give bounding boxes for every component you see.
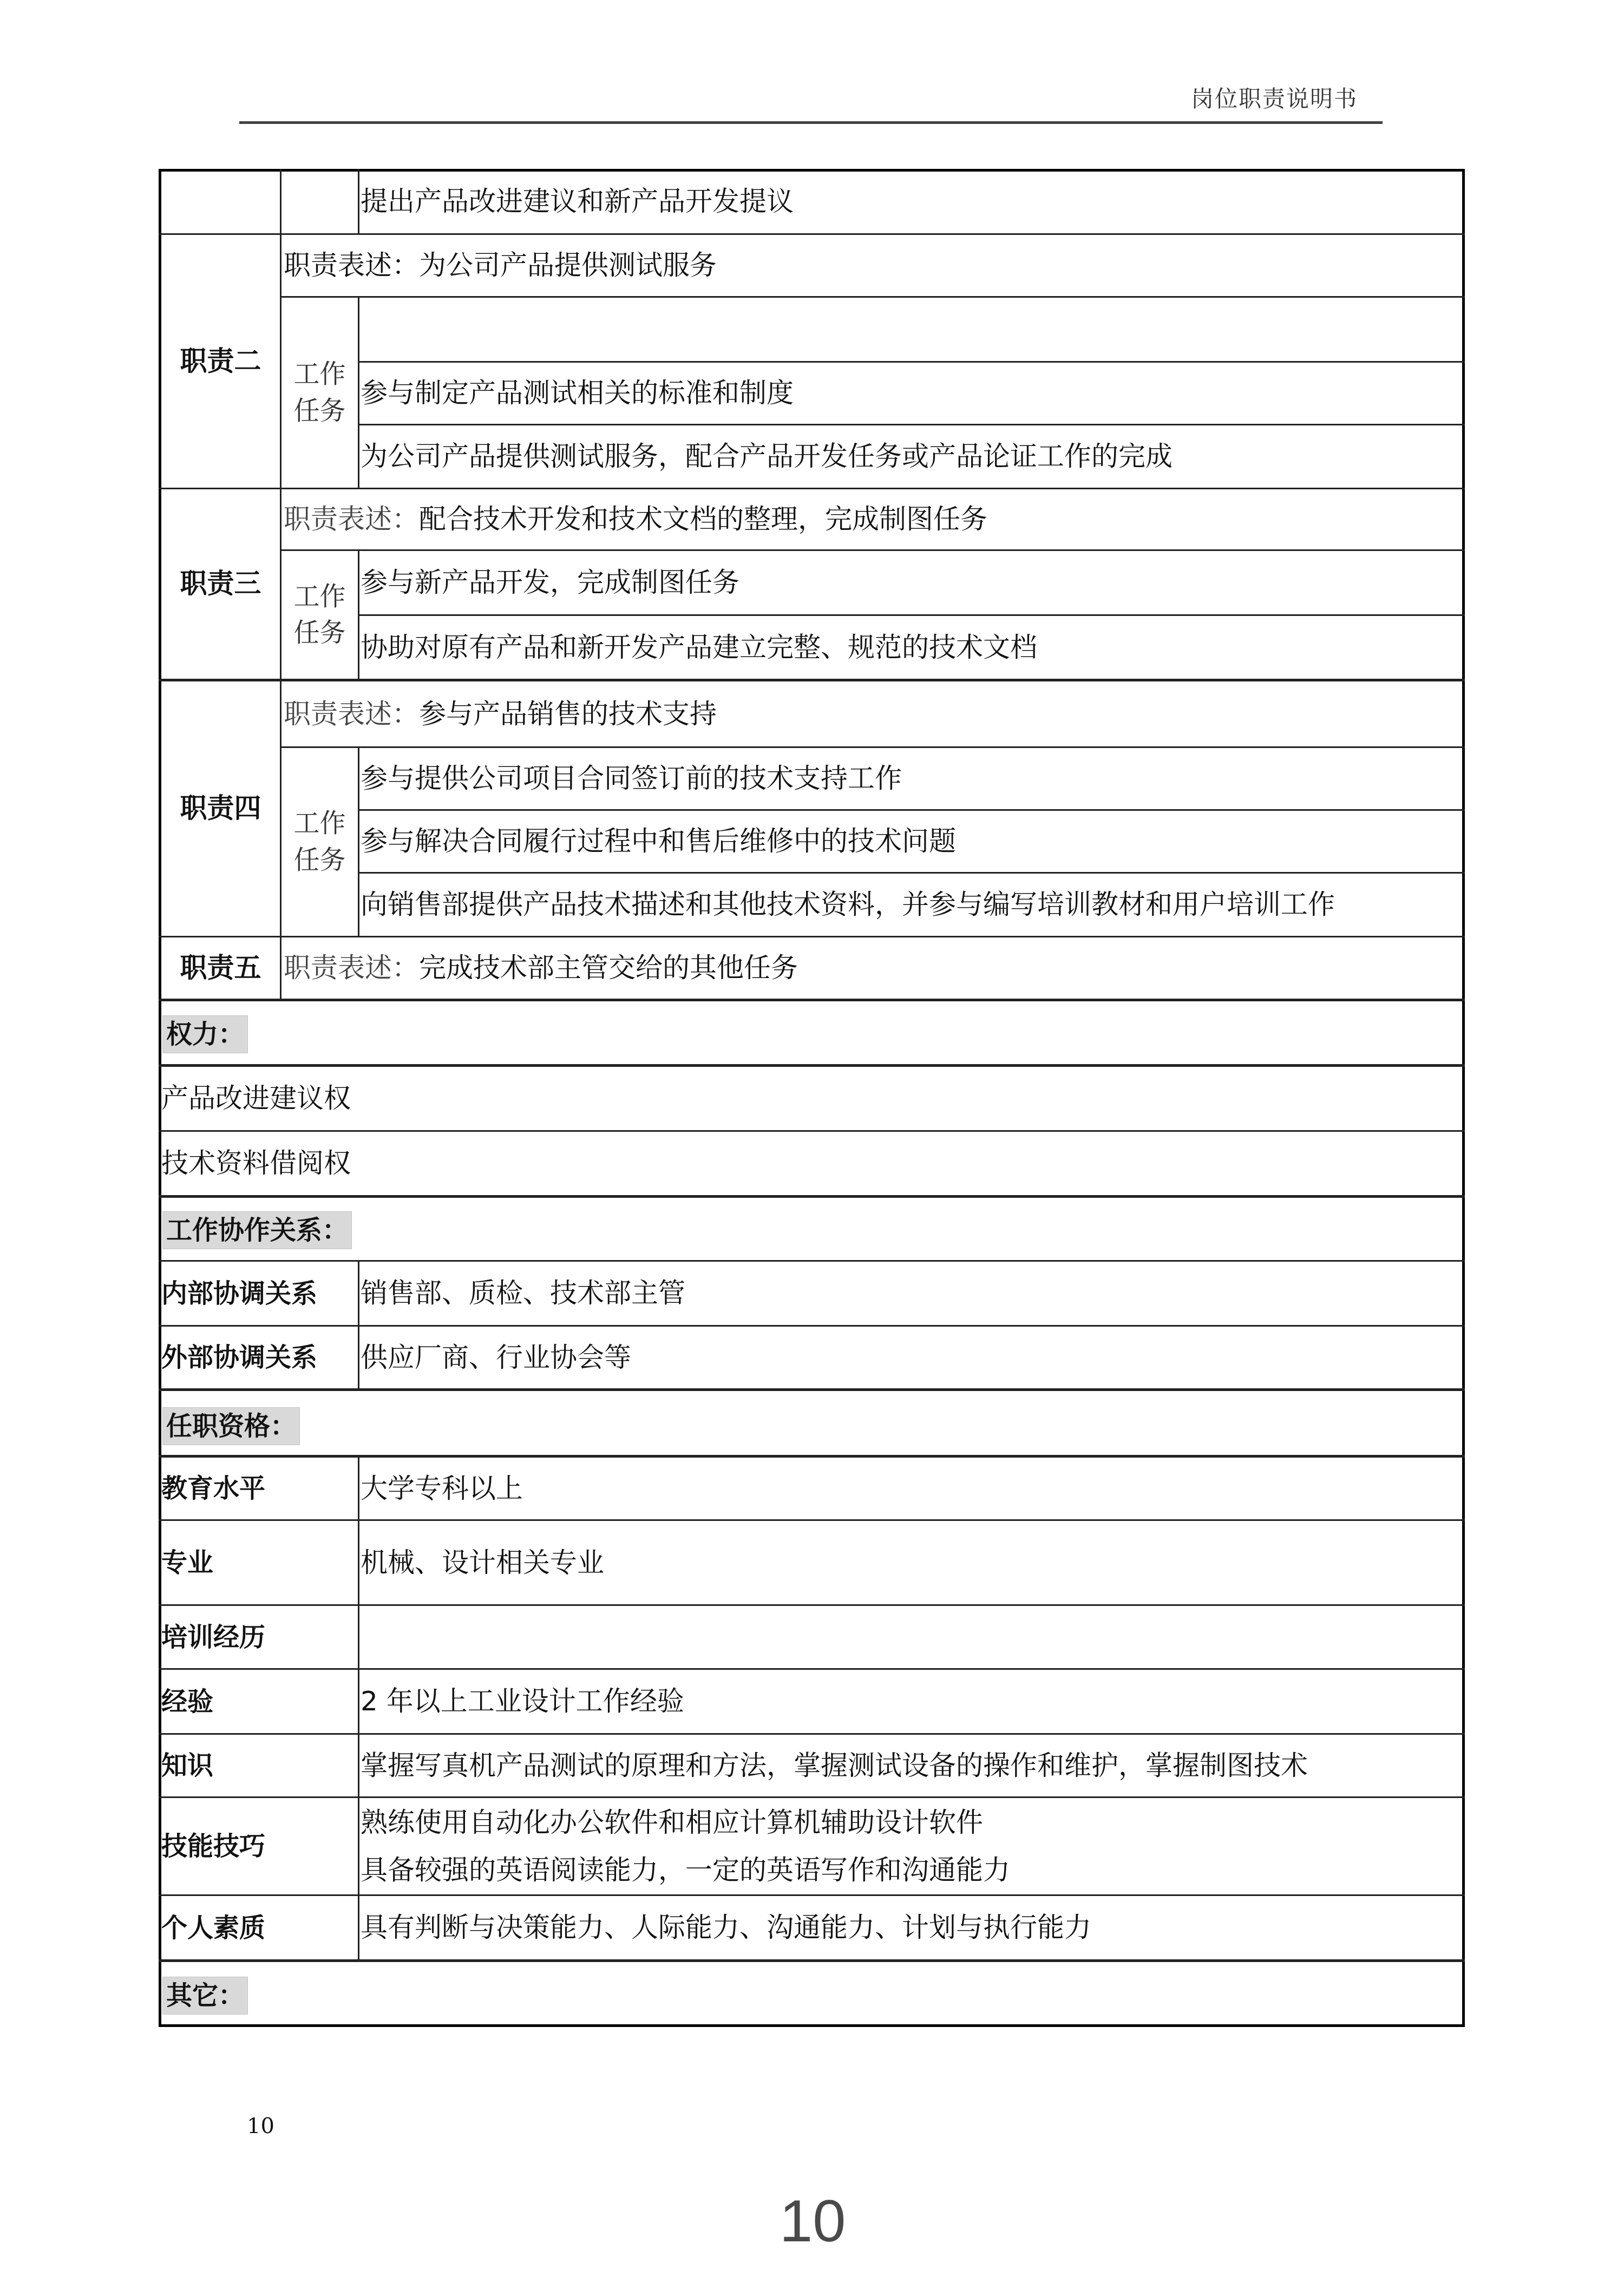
external-relations-label: 外部协调关系 [161,1341,358,1374]
duty2-task-2: 参与制定产品测试相关的标准和制度 [361,376,794,410]
document-header-title: 岗位职责说明书 [1191,81,1358,114]
duty5-description: 完成技术部主管交给的其他任务 [419,951,798,985]
duty4-task-1: 参与提供公司项目合同签订前的技术支持工作 [361,762,902,796]
duty4-description: 参与产品销售的技术支持 [419,697,717,731]
internal-relations-label: 内部协调关系 [161,1277,358,1310]
duty5-description-prefix: 职责表述： [284,951,419,985]
row-divider-thick [159,999,1465,1001]
task-text: 提出产品改进建议和新产品开发提议 [361,185,794,219]
row-divider-thick [159,1388,1465,1391]
duty5-label: 职责五 [161,937,280,999]
duty3-task-1: 参与新产品开发，完成制图任务 [361,566,739,600]
relations-heading: 工作协作关系： [162,1211,352,1249]
skills-value-2: 具备较强的英语阅读能力，一定的英语写作和沟通能力 [361,1846,1010,1894]
duty4-task-2: 参与解决合同履行过程中和售后维修中的技术问题 [361,824,956,858]
duty4-label: 职责四 [161,681,280,936]
row-divider-thick [159,1195,1465,1198]
authority-heading: 权力： [162,1015,248,1053]
personal-quality-value: 具有判断与决策能力、人际能力、沟通能力、计划与执行能力 [361,1911,1091,1945]
experience-value: 2 年以上工业设计工作经验 [361,1684,684,1718]
knowledge-label: 知识 [161,1749,358,1782]
education-label: 教育水平 [161,1472,358,1505]
external-relations-value: 供应厂商、行业协会等 [361,1341,631,1375]
authority-item-1: 产品改进建议权 [161,1081,351,1116]
col-divider [358,1261,359,1389]
duty3-label: 职责三 [161,489,280,679]
authority-item-2: 技术资料借阅权 [161,1146,351,1180]
major-label: 专业 [161,1546,358,1579]
col-divider [358,169,359,234]
skills-value-1: 熟练使用自动化办公软件和相应计算机辅助设计软件 [361,1799,983,1846]
col-divider [358,1456,359,1960]
duty3-description-prefix: 职责表述： [284,502,419,536]
col-divider [358,747,359,937]
col-divider [358,550,359,680]
personal-quality-label: 个人素质 [161,1912,358,1944]
duty2-task-3: 为公司产品提供测试服务，配合产品开发任务或产品论证工作的完成 [361,439,1173,474]
experience-label: 经验 [161,1685,358,1718]
header-rule [239,121,1383,124]
duty2-work-label: 工作任务 [281,298,358,488]
education-value: 大学专科以上 [361,1472,523,1506]
skills-label: 技能技巧 [161,1830,358,1862]
duty2-description: 职责表述：为公司产品提供测试服务 [284,248,717,283]
duty4-description-prefix: 职责表述： [284,697,419,731]
major-value: 机械、设计相关专业 [361,1546,604,1580]
other-heading: 其它： [162,1977,248,2015]
col-divider [358,297,359,488]
duty2-label: 职责二 [161,235,280,488]
training-label: 培训经历 [161,1621,358,1654]
page-number-small: 10 [247,2114,274,2138]
duty4-task-3: 向销售部提供产品技术描述和其他技术资料，并参与编写培训教材和用户培训工作 [361,888,1335,922]
duty4-work-label: 工作任务 [281,748,358,936]
page-number-large: 10 [780,2187,846,2255]
knowledge-value: 掌握写真机产品测试的原理和方法，掌握测试设备的操作和维护，掌握制图技术 [361,1749,1308,1783]
row-divider-thick [159,1959,1465,1962]
internal-relations-value: 销售部、质检、技术部主管 [361,1276,685,1310]
duty3-task-2: 协助对原有产品和新开发产品建立完整、规范的技术文档 [361,631,1037,665]
qualifications-heading: 任职资格： [162,1407,300,1445]
duty3-work-label: 工作任务 [281,551,358,679]
duty3-description: 配合技术开发和技术文档的整理，完成制图任务 [419,502,987,536]
